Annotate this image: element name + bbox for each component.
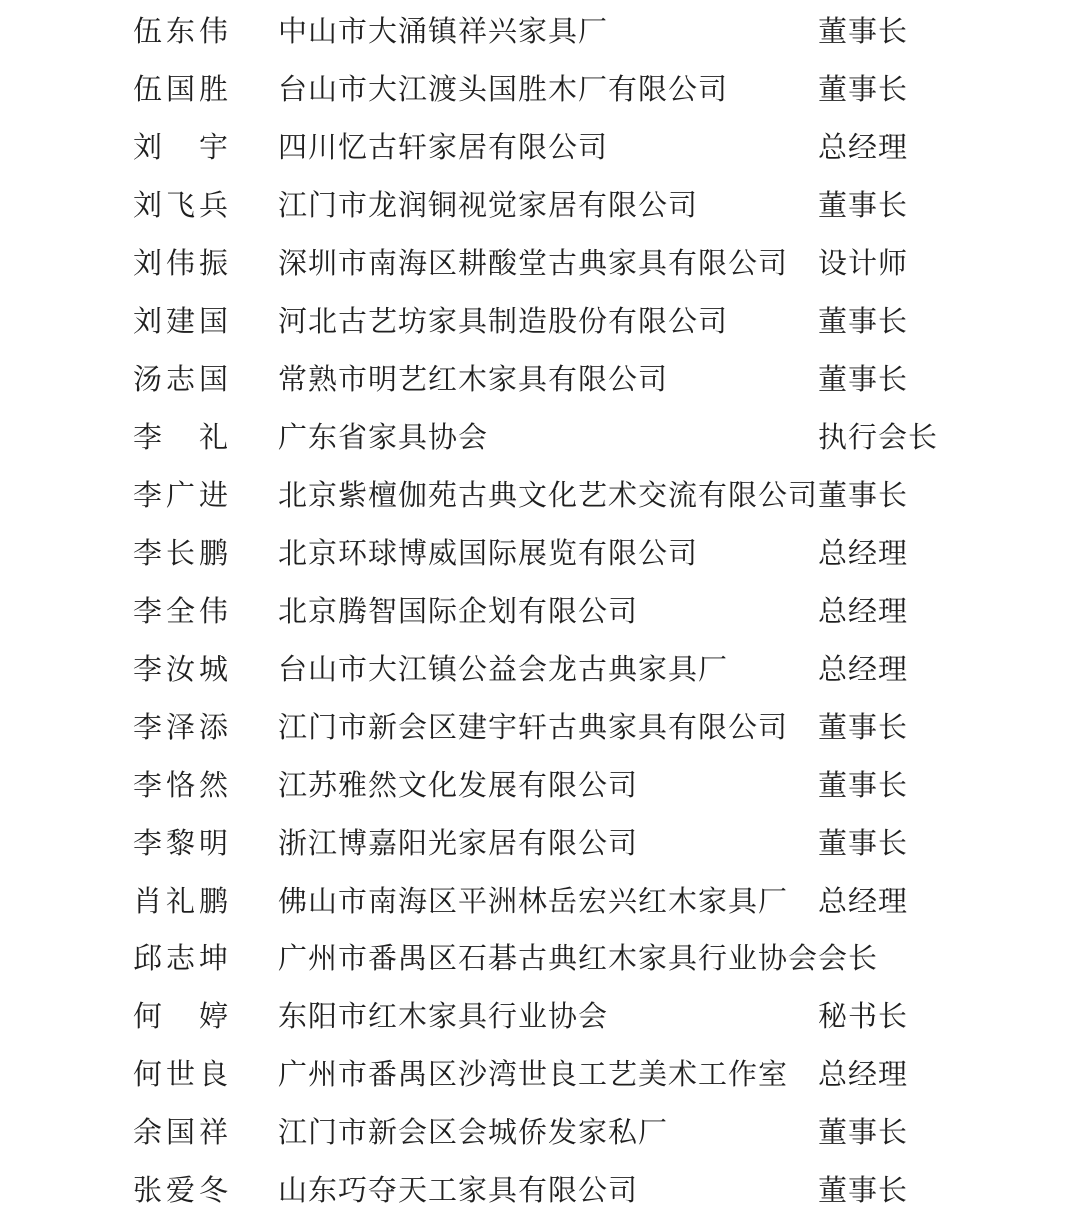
company-name: 佛山市南海区平洲林岳宏兴红木家具厂 (278, 888, 818, 917)
job-title: 总经理 (818, 656, 908, 685)
company-name: 四川忆古轩家居有限公司 (278, 134, 818, 163)
job-title: 董事长 (818, 714, 908, 743)
person-name: 李泽添 (133, 714, 278, 743)
table-row: 邱志坤 广州市番禺区石碁古典红木家具行业协会 会长 (0, 931, 1080, 989)
table-row: 何世良 广州市番禺区沙湾世良工艺美术工作室 总经理 (0, 1047, 1080, 1105)
company-name: 北京紫檀伽苑古典文化艺术交流有限公司 (278, 482, 818, 511)
company-name: 江苏雅然文化发展有限公司 (278, 772, 818, 801)
company-name: 北京环球博威国际展览有限公司 (278, 540, 818, 569)
person-name: 刘飞兵 (133, 192, 278, 221)
company-name: 台山市大江镇公益会龙古典家具厂 (278, 656, 818, 685)
job-title: 董事长 (818, 1177, 908, 1206)
job-title: 董事长 (818, 76, 908, 105)
job-title: 总经理 (818, 598, 908, 627)
person-name: 李广进 (133, 482, 278, 511)
company-name: 广州市番禺区石碁古典红木家具行业协会 (278, 945, 818, 974)
person-name: 刘伟振 (133, 250, 278, 279)
table-row: 李全伟 北京腾智国际企划有限公司 总经理 (0, 583, 1080, 641)
document-page: 伍东伟 中山市大涌镇祥兴家具厂 董事长 伍国胜 台山市大江渡头国胜木厂有限公司 … (0, 0, 1080, 1222)
company-name: 浙江博嘉阳光家居有限公司 (278, 830, 818, 859)
job-title: 秘书长 (818, 1003, 908, 1032)
job-title: 会长 (818, 945, 878, 974)
person-name: 伍国胜 (133, 76, 278, 105)
table-row: 伍国胜 台山市大江渡头国胜木厂有限公司 董事长 (0, 62, 1080, 120)
job-title: 董事长 (818, 192, 908, 221)
table-row: 李长鹏 北京环球博威国际展览有限公司 总经理 (0, 525, 1080, 583)
person-name: 何世良 (133, 1061, 278, 1090)
job-title: 董事长 (818, 830, 908, 859)
company-name: 深圳市南海区耕酸堂古典家具有限公司 (278, 250, 818, 279)
company-name: 广州市番禺区沙湾世良工艺美术工作室 (278, 1061, 818, 1090)
table-row: 汤志国 常熟市明艺红木家具有限公司 董事长 (0, 352, 1080, 410)
table-row: 刘伟振 深圳市南海区耕酸堂古典家具有限公司 设计师 (0, 236, 1080, 294)
person-name: 张爱冬 (133, 1177, 278, 1206)
person-name: 汤志国 (133, 366, 278, 395)
person-name: 李 礼 (133, 424, 278, 453)
person-name: 李恪然 (133, 772, 278, 801)
table-row: 李汝城 台山市大江镇公益会龙古典家具厂 总经理 (0, 641, 1080, 699)
person-name: 李全伟 (133, 598, 278, 627)
table-row: 肖礼鹏 佛山市南海区平洲林岳宏兴红木家具厂 总经理 (0, 873, 1080, 931)
job-title: 董事长 (818, 772, 908, 801)
table-row: 张爱冬 山东巧夺天工家具有限公司 董事长 (0, 1163, 1080, 1221)
table-row: 李恪然 江苏雅然文化发展有限公司 董事长 (0, 757, 1080, 815)
person-name: 刘 宇 (133, 134, 278, 163)
table-row: 刘 宇 四川忆古轩家居有限公司 总经理 (0, 120, 1080, 178)
company-name: 中山市大涌镇祥兴家具厂 (278, 18, 818, 47)
company-name: 台山市大江渡头国胜木厂有限公司 (278, 76, 818, 105)
job-title: 董事长 (818, 1119, 908, 1148)
person-name: 肖礼鹏 (133, 888, 278, 917)
job-title: 董事长 (818, 366, 908, 395)
job-title: 总经理 (818, 888, 908, 917)
job-title: 总经理 (818, 1061, 908, 1090)
table-row: 李黎明 浙江博嘉阳光家居有限公司 董事长 (0, 815, 1080, 873)
table-row: 刘建国 河北古艺坊家具制造股份有限公司 董事长 (0, 294, 1080, 352)
job-title: 董事长 (818, 482, 908, 511)
table-row: 李广进 北京紫檀伽苑古典文化艺术交流有限公司 董事长 (0, 468, 1080, 526)
table-row: 李泽添 江门市新会区建宇轩古典家具有限公司 董事长 (0, 699, 1080, 757)
table-row: 何 婷 东阳市红木家具行业协会 秘书长 (0, 989, 1080, 1047)
table-row: 刘飞兵 江门市龙润铜视觉家居有限公司 董事长 (0, 178, 1080, 236)
job-title: 总经理 (818, 134, 908, 163)
job-title: 董事长 (818, 18, 908, 47)
person-name: 邱志坤 (133, 945, 278, 974)
job-title: 董事长 (818, 308, 908, 337)
person-name: 李黎明 (133, 830, 278, 859)
company-name: 广东省家具协会 (278, 424, 818, 453)
company-name: 北京腾智国际企划有限公司 (278, 598, 818, 627)
job-title: 总经理 (818, 540, 908, 569)
company-name: 东阳市红木家具行业协会 (278, 1003, 818, 1032)
company-name: 江门市新会区会城侨发家私厂 (278, 1119, 818, 1148)
company-name: 河北古艺坊家具制造股份有限公司 (278, 308, 818, 337)
person-name: 余国祥 (133, 1119, 278, 1148)
table-row: 余国祥 江门市新会区会城侨发家私厂 董事长 (0, 1105, 1080, 1163)
person-name: 何 婷 (133, 1003, 278, 1032)
person-name: 李汝城 (133, 656, 278, 685)
job-title: 执行会长 (818, 424, 938, 453)
person-name: 伍东伟 (133, 18, 278, 47)
person-name: 李长鹏 (133, 540, 278, 569)
company-name: 江门市新会区建宇轩古典家具有限公司 (278, 714, 818, 743)
company-name: 常熟市明艺红木家具有限公司 (278, 366, 818, 395)
company-name: 江门市龙润铜视觉家居有限公司 (278, 192, 818, 221)
name-list-table: 伍东伟 中山市大涌镇祥兴家具厂 董事长 伍国胜 台山市大江渡头国胜木厂有限公司 … (0, 4, 1080, 1221)
job-title: 设计师 (818, 250, 908, 279)
table-row: 李 礼 广东省家具协会 执行会长 (0, 410, 1080, 468)
company-name: 山东巧夺天工家具有限公司 (278, 1177, 818, 1206)
table-row: 伍东伟 中山市大涌镇祥兴家具厂 董事长 (0, 4, 1080, 62)
person-name: 刘建国 (133, 308, 278, 337)
